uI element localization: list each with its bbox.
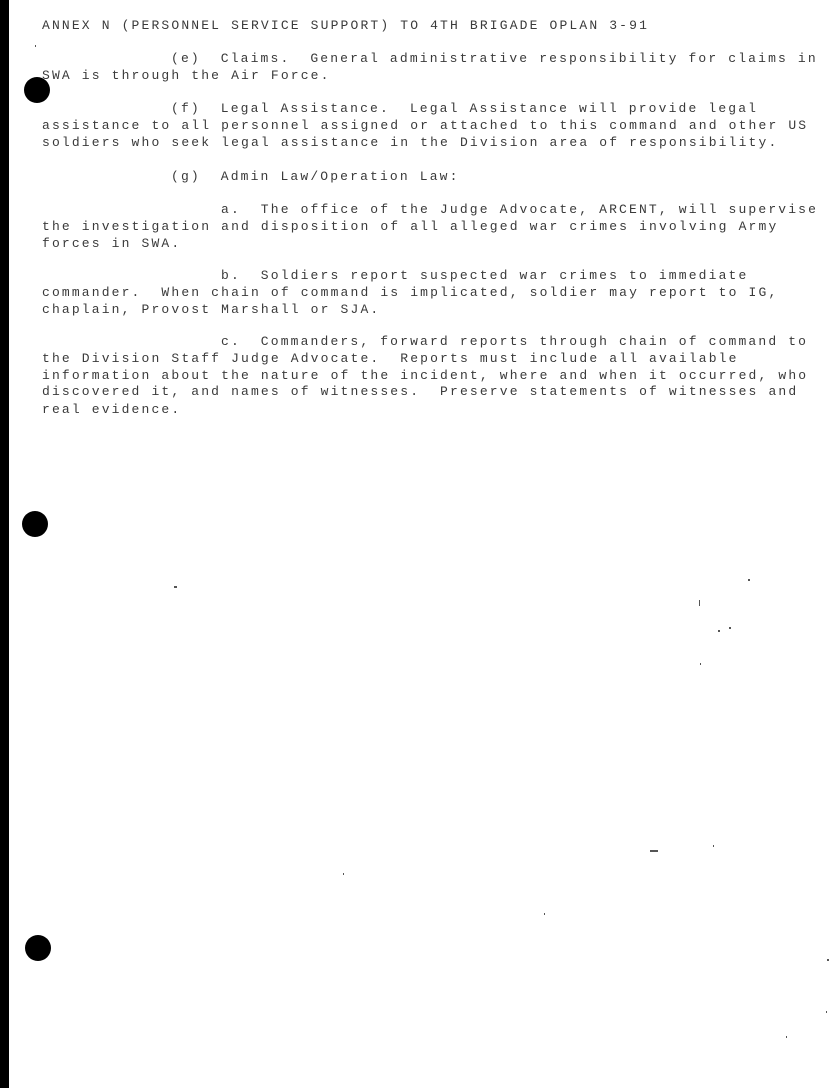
para-g-a-line-1: a. The office of the Judge Advocate, ARC…	[221, 201, 818, 218]
scan-speck	[729, 627, 731, 629]
para-e-line-2: SWA is through the Air Force.	[42, 67, 331, 84]
scan-speck	[718, 630, 720, 632]
scan-speck	[826, 1011, 827, 1013]
para-g-c-line-3: information about the nature of the inci…	[42, 367, 808, 384]
scan-speck	[650, 850, 658, 852]
scan-speck	[748, 579, 750, 581]
para-f-line-3: soldiers who seek legal assistance in th…	[42, 134, 778, 151]
punch-hole-bottom	[25, 935, 51, 961]
para-g-c-line-4: discovered it, and names of witnesses. P…	[42, 383, 798, 400]
para-g-c-line-2: the Division Staff Judge Advocate. Repor…	[42, 350, 739, 367]
scan-speck	[699, 600, 700, 606]
scan-speck	[35, 45, 36, 47]
scan-speck	[786, 1036, 787, 1038]
document-header: ANNEX N (PERSONNEL SERVICE SUPPORT) TO 4…	[42, 17, 649, 34]
para-e-line-1: (e) Claims. General administrative respo…	[171, 50, 818, 67]
scan-speck	[827, 959, 829, 961]
para-f-line-2: assistance to all personnel assigned or …	[42, 117, 808, 134]
para-g-c-line-5: real evidence.	[42, 401, 181, 418]
para-g-b-line-3: chaplain, Provost Marshall or SJA.	[42, 301, 380, 318]
para-g-c-line-1: c. Commanders, forward reports through c…	[221, 333, 808, 350]
punch-hole-middle	[22, 511, 48, 537]
para-g-b-line-1: b. Soldiers report suspected war crimes …	[221, 267, 748, 284]
scan-edge-strip	[0, 0, 9, 1088]
scan-speck	[174, 586, 177, 588]
scan-speck	[343, 873, 344, 875]
para-g-b-line-2: commander. When chain of command is impl…	[42, 284, 778, 301]
para-g-heading: (g) Admin Law/Operation Law:	[171, 168, 460, 185]
para-g-a-line-2: the investigation and disposition of all…	[42, 218, 778, 235]
scan-speck	[700, 663, 701, 665]
para-f-line-1: (f) Legal Assistance. Legal Assistance w…	[171, 100, 758, 117]
scan-speck	[713, 845, 714, 847]
para-g-a-line-3: forces in SWA.	[42, 235, 181, 252]
scan-speck	[544, 913, 545, 915]
